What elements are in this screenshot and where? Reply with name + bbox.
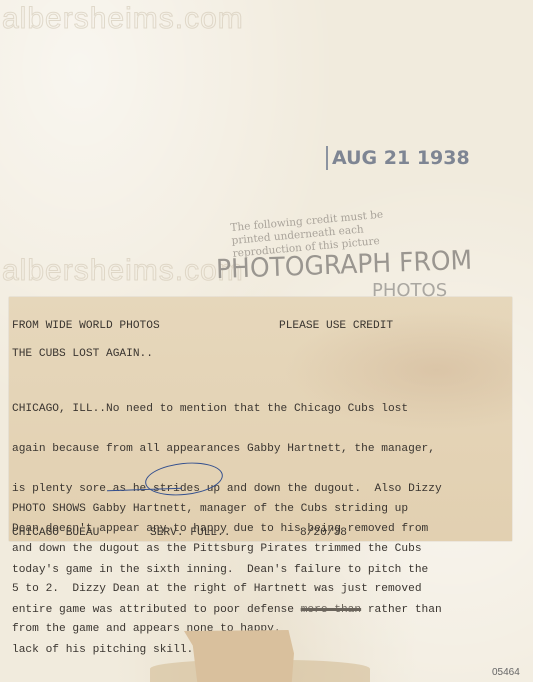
footer-bureau: CHICAGO BUEAU bbox=[12, 527, 99, 540]
credit-stamp: PHOTOGRAPH FROM bbox=[216, 247, 473, 284]
catalog-number: 05464 bbox=[492, 667, 520, 678]
date-stamp: AUG 21 1938 bbox=[326, 146, 470, 170]
story-line: CHICAGO, ILL..No need to mention that th… bbox=[12, 403, 442, 416]
footer-date: 8/20/38 bbox=[300, 527, 347, 540]
photo-line: PHOTO SHOWS Gabby Hartnett, manager of t… bbox=[12, 503, 422, 516]
header-credit: PLEASE USE CREDIT bbox=[279, 320, 393, 333]
header-source: FROM WIDE WORLD PHOTOS bbox=[12, 320, 160, 333]
typed-caption-clipping: FROM WIDE WORLD PHOTOS PLEASE USE CREDIT… bbox=[9, 297, 512, 541]
footer-service: SERV. FULL.. bbox=[150, 527, 231, 540]
watermark-top: albersheims.com bbox=[2, 2, 244, 36]
story-line: again because from all appearances Gabby… bbox=[12, 443, 442, 456]
watermark-middle: albersheims.com bbox=[2, 254, 244, 288]
photo-line: 5 to 2. Dizzy Dean at the right of Hartn… bbox=[12, 583, 422, 596]
photo-line: and down the dugout as the Pittsburg Pir… bbox=[12, 543, 422, 556]
caption-title: THE CUBS LOST AGAIN.. bbox=[12, 348, 153, 361]
tape-residue bbox=[184, 630, 294, 682]
